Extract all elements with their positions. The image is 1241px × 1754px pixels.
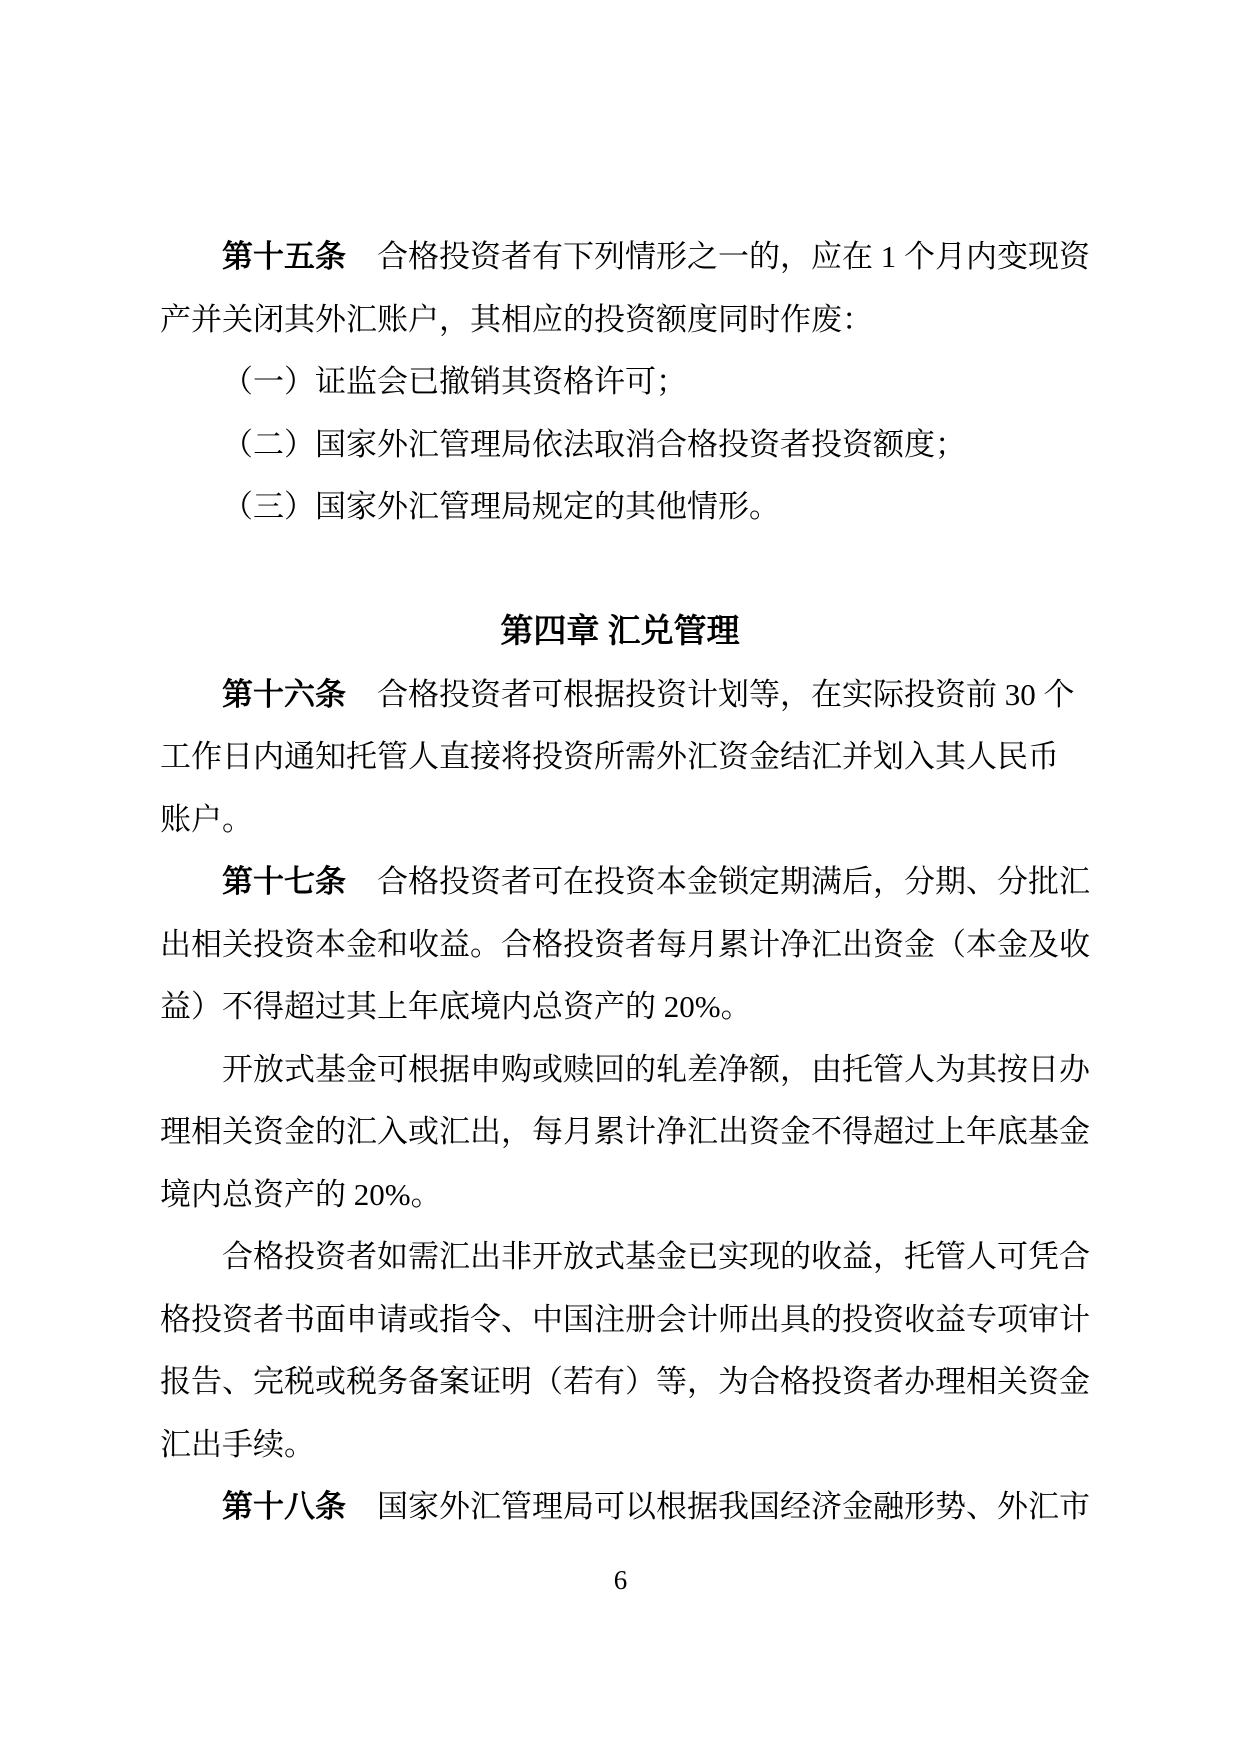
line-text: 开放式基金可根据申购或赎回的轧差净额，由托管人为其按日办 bbox=[222, 1052, 1090, 1087]
line-article-18: 第十八条 国家外汇管理局可以根据我国经济金融形势、外汇市 bbox=[160, 1476, 1080, 1539]
text-line: 工作日内通知托管人直接将投资所需外汇资金结汇并划入其人民币 bbox=[160, 726, 1080, 789]
document-body: 第十五条 合格投资者有下列情形之一的，应在 1 个月内变现资 产并关闭其外汇账户… bbox=[160, 226, 1080, 1539]
line-text: 汇出手续。 bbox=[160, 1427, 315, 1462]
chapter-4-heading: 第四章 汇兑管理 bbox=[160, 601, 1080, 664]
text-line: 境内总资产的 20%。 bbox=[160, 1164, 1080, 1227]
line-article-16: 第十六条 合格投资者可根据投资计划等，在实际投资前 30 个 bbox=[160, 664, 1080, 727]
text-line: 益）不得超过其上年底境内总资产的 20%。 bbox=[160, 976, 1080, 1039]
page-number: 6 bbox=[0, 1553, 1241, 1607]
line-text: 产并关闭其外汇账户，其相应的投资额度同时作废： bbox=[160, 302, 873, 337]
article-17-number: 第十七条 bbox=[222, 864, 346, 899]
line-text: 合格投资者可在投资本金锁定期满后，分期、分批汇 bbox=[346, 864, 1090, 899]
line-text: 合格投资者有下列情形之一的，应在 1 个月内变现资 bbox=[346, 239, 1090, 274]
article-15-number: 第十五条 bbox=[222, 239, 346, 274]
line-article-15: 第十五条 合格投资者有下列情形之一的，应在 1 个月内变现资 bbox=[160, 226, 1080, 289]
line-text: （三）国家外汇管理局规定的其他情形。 bbox=[222, 489, 780, 524]
line-article-17: 第十七条 合格投资者可在投资本金锁定期满后，分期、分批汇 bbox=[160, 851, 1080, 914]
heading-text: 第四章 汇兑管理 bbox=[500, 614, 739, 650]
text-line: 理相关资金的汇入或汇出，每月累计净汇出资金不得超过上年底基金 bbox=[160, 1101, 1080, 1164]
line-text: （一）证监会已撤销其资格许可； bbox=[222, 364, 687, 399]
line-item-1: （一）证监会已撤销其资格许可； bbox=[160, 351, 1080, 414]
line-text: 理相关资金的汇入或汇出，每月累计净汇出资金不得超过上年底基金 bbox=[160, 1114, 1090, 1149]
line-text: 出相关投资本金和收益。合格投资者每月累计净汇出资金（本金及收 bbox=[160, 927, 1090, 962]
line-text: 合格投资者如需汇出非开放式基金已实现的收益，托管人可凭合 bbox=[222, 1239, 1090, 1274]
line-text: 国家外汇管理局可以根据我国经济金融形势、外汇市 bbox=[346, 1489, 1090, 1524]
line-text: 账户。 bbox=[160, 802, 253, 837]
line-item-2: （二）国家外汇管理局依法取消合格投资者投资额度； bbox=[160, 414, 1080, 477]
line-text: 报告、完税或税务备案证明（若有）等，为合格投资者办理相关资金 bbox=[160, 1364, 1090, 1399]
line-text: 格投资者书面申请或指令、中国注册会计师出具的投资收益专项审计 bbox=[160, 1302, 1090, 1337]
text-line: 账户。 bbox=[160, 789, 1080, 852]
blank-line bbox=[160, 539, 1080, 602]
line-text: 益）不得超过其上年底境内总资产的 20%。 bbox=[160, 989, 752, 1024]
text-line: 出相关投资本金和收益。合格投资者每月累计净汇出资金（本金及收 bbox=[160, 914, 1080, 977]
line-text: 工作日内通知托管人直接将投资所需外汇资金结汇并划入其人民币 bbox=[160, 739, 1059, 774]
text-line: 开放式基金可根据申购或赎回的轧差净额，由托管人为其按日办 bbox=[160, 1039, 1080, 1102]
text-line: 产并关闭其外汇账户，其相应的投资额度同时作废： bbox=[160, 289, 1080, 352]
line-text: 合格投资者可根据投资计划等，在实际投资前 30 个 bbox=[346, 677, 1075, 712]
text-line: 合格投资者如需汇出非开放式基金已实现的收益，托管人可凭合 bbox=[160, 1226, 1080, 1289]
document-page: 第十五条 合格投资者有下列情形之一的，应在 1 个月内变现资 产并关闭其外汇账户… bbox=[0, 0, 1241, 1754]
text-line: 报告、完税或税务备案证明（若有）等，为合格投资者办理相关资金 bbox=[160, 1351, 1080, 1414]
line-text: （二）国家外汇管理局依法取消合格投资者投资额度； bbox=[222, 427, 966, 462]
article-18-number: 第十八条 bbox=[222, 1489, 346, 1524]
line-text: 境内总资产的 20%。 bbox=[160, 1177, 442, 1212]
line-item-3: （三）国家外汇管理局规定的其他情形。 bbox=[160, 476, 1080, 539]
article-16-number: 第十六条 bbox=[222, 677, 346, 712]
text-line: 格投资者书面申请或指令、中国注册会计师出具的投资收益专项审计 bbox=[160, 1289, 1080, 1352]
text-line: 汇出手续。 bbox=[160, 1414, 1080, 1477]
